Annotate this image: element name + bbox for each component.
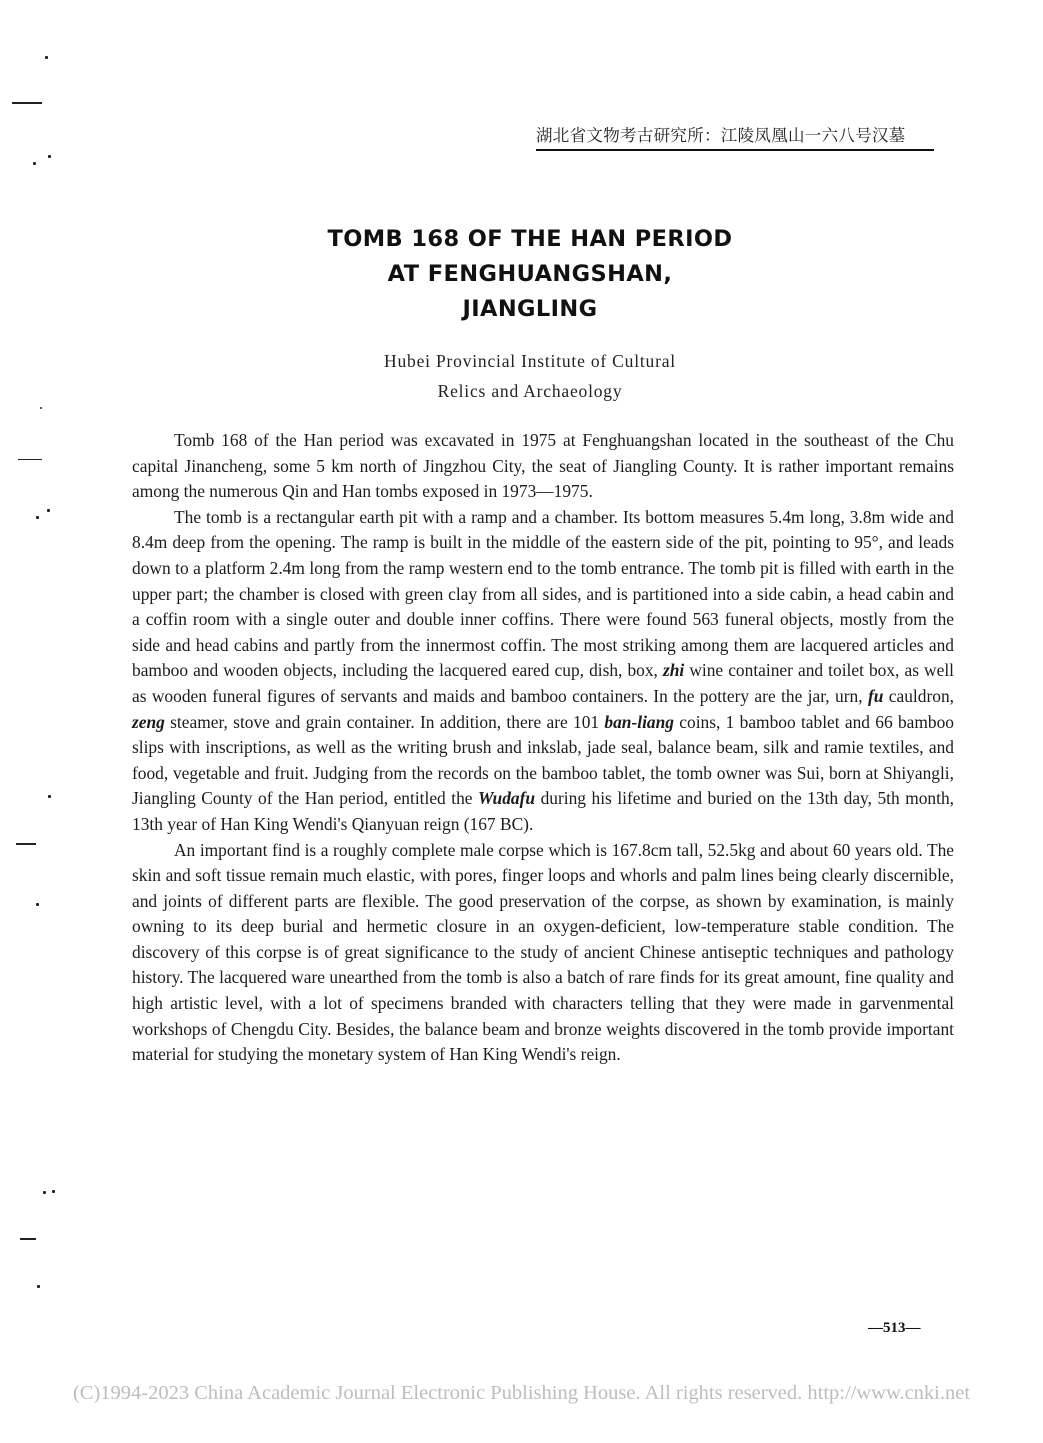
scan-mark (40, 407, 42, 409)
author-line: Relics and Archaeology (250, 376, 810, 406)
running-head: 湖北省文物考古研究所：江陵凤凰山一六八号汉墓 (536, 126, 934, 151)
scan-mark (36, 903, 39, 906)
scan-mark (48, 795, 51, 798)
scan-mark (45, 56, 48, 59)
copyright-notice: (C)1994-2023 China Academic Journal Elec… (0, 1382, 1043, 1405)
title-line: JIANGLING (250, 292, 810, 327)
scan-mark (37, 1285, 40, 1288)
italic-term: Wudafu (478, 788, 535, 808)
author-affiliation: Hubei Provincial Institute of Cultural R… (250, 346, 810, 406)
author-line: Hubei Provincial Institute of Cultural (250, 346, 810, 376)
scan-mark (18, 459, 42, 460)
scan-mark (43, 1191, 46, 1194)
scan-mark (12, 102, 42, 104)
italic-term: fu (868, 686, 883, 706)
italic-term: zhi (663, 660, 684, 680)
article-title: TOMB 168 OF THE HAN PERIOD AT FENGHUANGS… (250, 222, 810, 327)
title-line: TOMB 168 OF THE HAN PERIOD (250, 222, 810, 257)
scan-mark (20, 1238, 36, 1240)
scan-mark (52, 1190, 55, 1193)
text-run: Tomb 168 of the Han period was excavated… (132, 430, 954, 501)
italic-term: ban-liang (604, 712, 674, 732)
scan-mark (36, 516, 39, 519)
text-run: The tomb is a rectangular earth pit with… (132, 507, 954, 681)
text-run: An important find is a roughly complete … (132, 840, 954, 1065)
paragraph-tomb-structure: The tomb is a rectangular earth pit with… (132, 505, 954, 838)
text-run: steamer, stove and grain container. In a… (165, 712, 605, 732)
title-line: AT FENGHUANGSHAN, (250, 257, 810, 292)
paragraph-corpse: An important find is a roughly complete … (132, 838, 954, 1068)
scan-mark (48, 155, 51, 158)
document-page: 湖北省文物考古研究所：江陵凤凰山一六八号汉墓 TOMB 168 OF THE H… (0, 0, 1043, 1443)
text-run: cauldron, (883, 686, 954, 706)
page-number: —513— (868, 1320, 921, 1337)
paragraph-intro: Tomb 168 of the Han period was excavated… (132, 428, 954, 505)
scan-mark (33, 162, 36, 165)
scan-mark (16, 843, 36, 845)
italic-term: zeng (132, 712, 165, 732)
article-body: Tomb 168 of the Han period was excavated… (132, 428, 954, 1068)
scan-mark (47, 509, 50, 512)
